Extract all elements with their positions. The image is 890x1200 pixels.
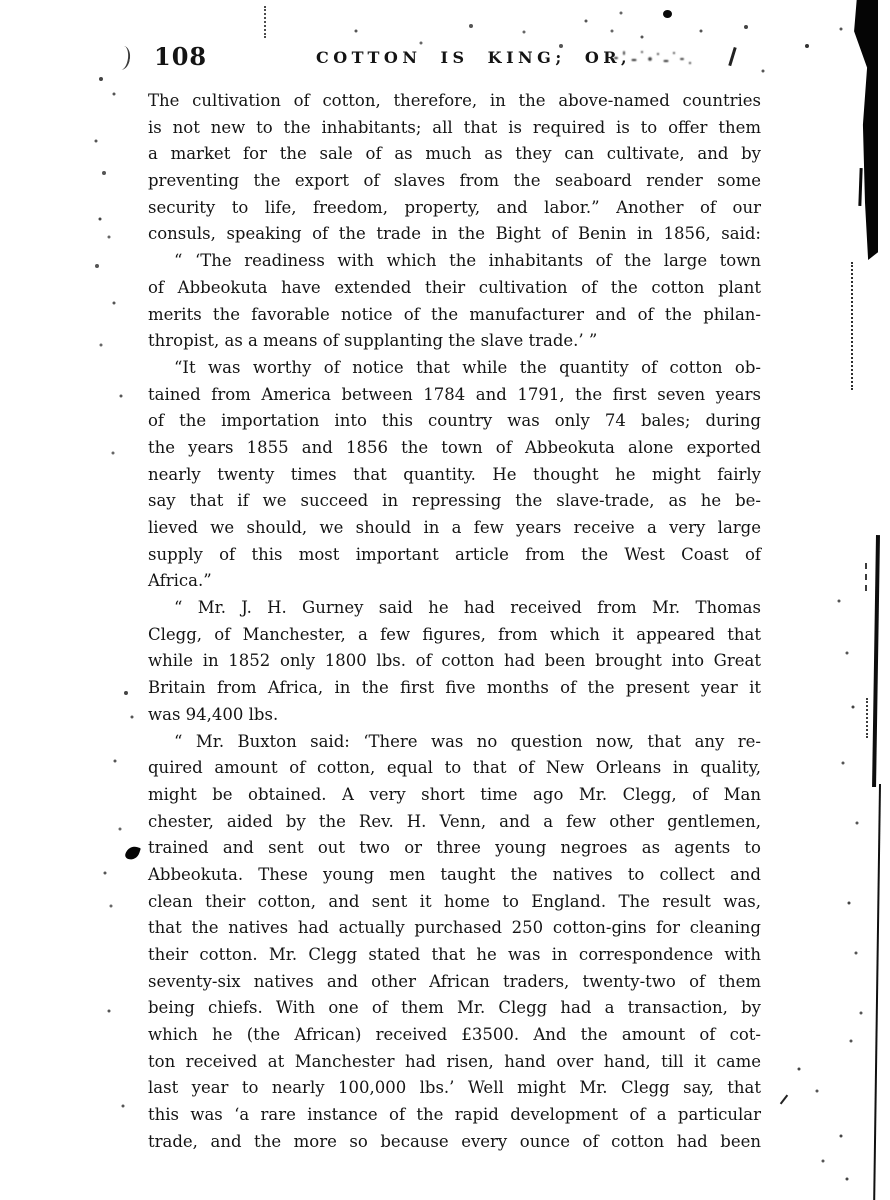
paragraph: “ Mr. J. H. Gurney said he had received … xyxy=(148,595,761,728)
gutter-shadow-spur xyxy=(858,168,862,206)
text-line: a market for the sale of as much as they… xyxy=(148,141,761,168)
text-line: ton received at Manchester had risen, ha… xyxy=(148,1049,761,1076)
text-line: Africa.” xyxy=(148,568,761,595)
text-line: the years 1855 and 1856 the town of Abbe… xyxy=(148,435,761,462)
text-line: which he (the African) received £3500. A… xyxy=(148,1022,761,1049)
page-edge-line-lower xyxy=(873,784,881,1200)
paragraph: “It was worthy of notice that while the … xyxy=(148,355,761,595)
text-line: of the importation into this country was… xyxy=(148,408,761,435)
text-line: their cotton. Mr. Clegg stated that he w… xyxy=(148,942,761,969)
text-line: while in 1852 only 1800 lbs. of cotton h… xyxy=(148,648,761,675)
edge-dash-lower xyxy=(866,698,868,738)
margin-ink-blob xyxy=(124,844,141,861)
page-number: 108 xyxy=(154,42,207,71)
text-line: last year to nearly 100,000 lbs.’ Well m… xyxy=(148,1075,761,1102)
paragraph: The cultivation of cotton, therefore, in… xyxy=(148,88,761,248)
text-line: trained and sent out two or three young … xyxy=(148,835,761,862)
pen-mark-top xyxy=(728,47,736,66)
text-line: clean their cotton, and sent it home to … xyxy=(148,889,761,916)
gutter-dotted-line xyxy=(851,262,853,390)
pen-mark-bottom xyxy=(780,1095,788,1105)
body-text: The cultivation of cotton, therefore, in… xyxy=(148,88,761,1156)
text-line: nearly twenty times that quantity. He th… xyxy=(148,462,761,489)
text-line: The cultivation of cotton, therefore, in… xyxy=(148,88,761,115)
text-line: “ Mr. Buxton said: ‘There was no questio… xyxy=(148,729,761,756)
text-line: Clegg, of Manchester, a few figures, fro… xyxy=(148,622,761,649)
text-line: is not new to the inhabitants; all that … xyxy=(148,115,761,142)
text-line: Abbeokuta. These young men taught the na… xyxy=(148,862,761,889)
text-line: supply of this most important article fr… xyxy=(148,542,761,569)
ink-dot xyxy=(663,10,672,18)
scanned-book-page: 108 COTTON IS KING; OR, The cultivation … xyxy=(0,0,890,1200)
text-line: being chiefs. With one of them Mr. Clegg… xyxy=(148,995,761,1022)
text-line: security to life, freedom, property, and… xyxy=(148,195,761,222)
text-line: Britain from Africa, in the first five m… xyxy=(148,675,761,702)
paragraph: “ Mr. Buxton said: ‘There was no questio… xyxy=(148,729,761,1156)
scan-speckles xyxy=(0,0,2,2)
text-line: was 94,400 lbs. xyxy=(148,702,761,729)
paragraph: “ ‘The readiness with which the inhabita… xyxy=(148,248,761,355)
text-line: preventing the export of slaves from the… xyxy=(148,168,761,195)
text-line: this was ‘a rare instance of the rapid d… xyxy=(148,1102,761,1129)
text-line: seventy-six natives and other African tr… xyxy=(148,969,761,996)
text-line: “ ‘The readiness with which the inhabita… xyxy=(148,248,761,275)
text-line: that the natives had actually purchased … xyxy=(148,915,761,942)
page-edge-line-upper xyxy=(872,535,880,787)
text-line: of Abbeokuta have extended their cultiva… xyxy=(148,275,761,302)
text-line: thropist, as a means of supplanting the … xyxy=(148,328,761,355)
text-line: “It was worthy of notice that while the … xyxy=(148,355,761,382)
text-line: consuls, speaking of the trade in the Bi… xyxy=(148,221,761,248)
text-line: trade, and the more so because every oun… xyxy=(148,1129,761,1156)
gutter-shadow-bar xyxy=(852,0,878,260)
text-line: might be obtained. A very short time ago… xyxy=(148,782,761,809)
text-line: merits the favorable notice of the manuf… xyxy=(148,302,761,329)
text-line: quired amount of cotton, equal to that o… xyxy=(148,755,761,782)
text-line: chester, aided by the Rev. H. Venn, and … xyxy=(148,809,761,836)
edge-dash-upper xyxy=(865,563,867,591)
text-line: say that if we succeed in repressing the… xyxy=(148,488,761,515)
running-title: COTTON IS KING; OR, xyxy=(316,48,631,67)
text-line: “ Mr. J. H. Gurney said he had received … xyxy=(148,595,761,622)
text-line: lieved we should, we should in a few yea… xyxy=(148,515,761,542)
text-line: tained from America between 1784 and 179… xyxy=(148,382,761,409)
margin-curve-mark xyxy=(118,45,132,70)
top-dashed-mark xyxy=(264,6,266,38)
